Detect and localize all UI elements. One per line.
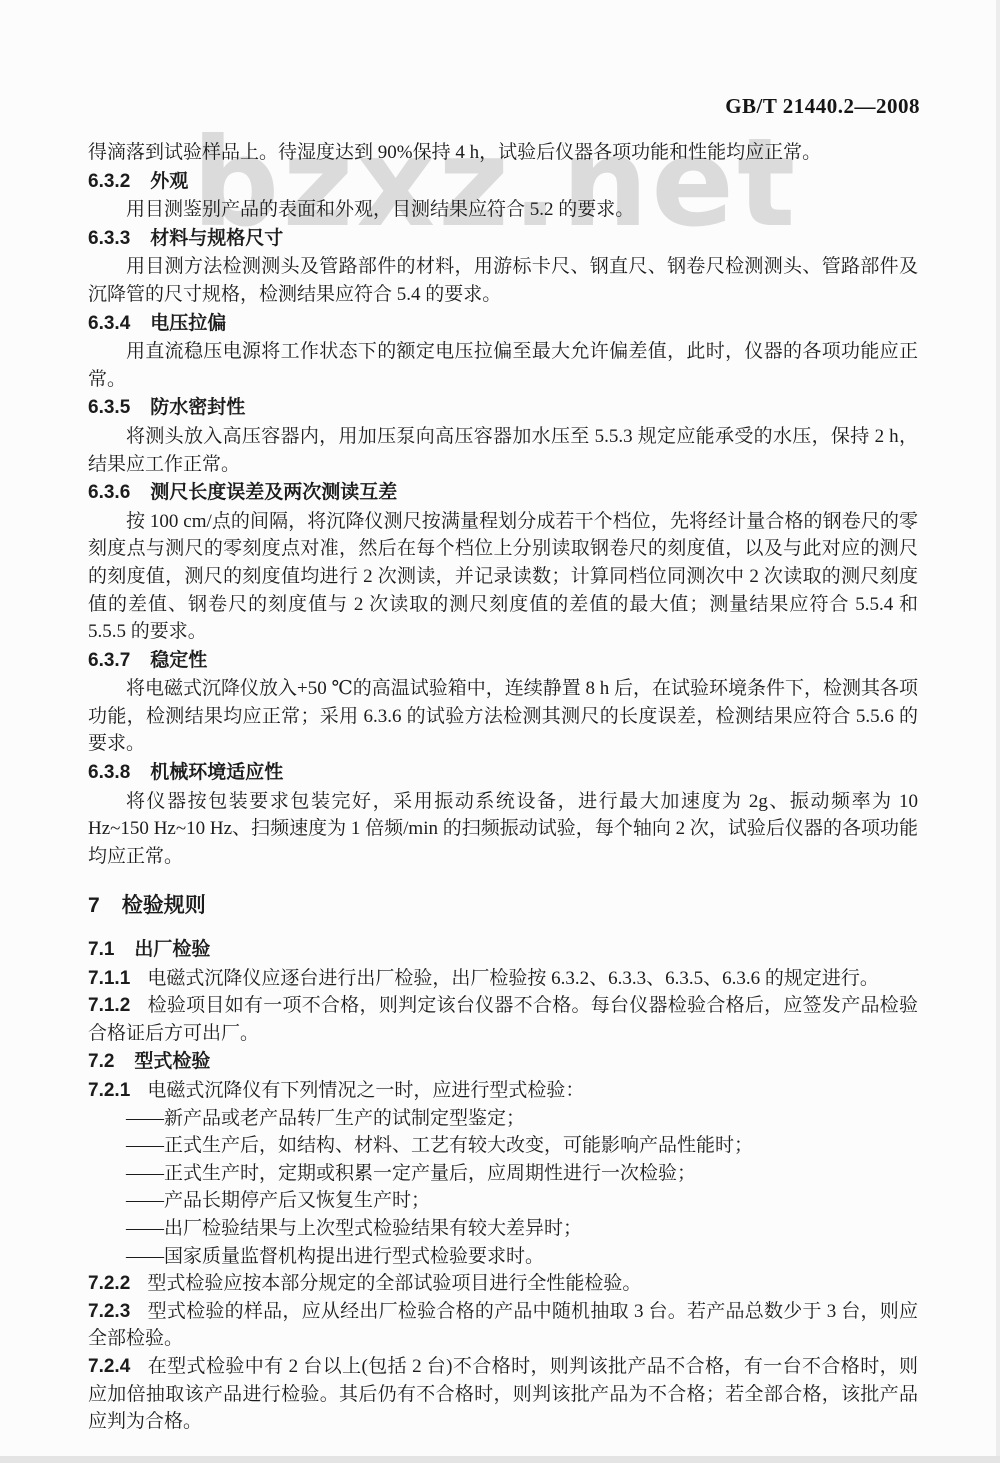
clause-number: 7.2.4 bbox=[88, 1356, 130, 1377]
clause-heading: 6.3.5防水密封性 bbox=[88, 394, 918, 422]
paragraph: 将测头放入高压容器内，用加压泵向高压容器加水压至 5.5.3 规定应能承受的水压… bbox=[88, 423, 918, 478]
clause-number: 6.3.6 bbox=[88, 482, 130, 503]
clause-title: 电压拉偏 bbox=[150, 313, 226, 334]
clause-title: 出厂检验 bbox=[134, 939, 210, 960]
clause-title: 机械环境适应性 bbox=[150, 762, 283, 783]
clause-title: 防水密封性 bbox=[150, 397, 245, 418]
list-item: ——国家质量监督机构提出进行型式检验要求时。 bbox=[88, 1243, 918, 1271]
clause-number: 7.2.3 bbox=[88, 1301, 130, 1322]
paragraph: 用目测鉴别产品的表面和外观，目测结果应符合 5.2 的要求。 bbox=[88, 196, 918, 224]
list-item: ——新产品或老产品转厂生产的试制定型鉴定； bbox=[88, 1105, 918, 1133]
list-item: ——正式生产时，定期或积累一定产量后，应周期性进行一次检验； bbox=[88, 1160, 918, 1188]
paragraph: 用直流稳压电源将工作状态下的额定电压拉偏至最大允许偏差值，此时，仪器的各项功能应… bbox=[88, 338, 918, 393]
clause-text: 检验项目如有一项不合格，则判定该台仪器不合格。每台仪器检验合格后，应签发产品检验… bbox=[88, 995, 918, 1044]
list-item: ——正式生产后，如结构、材料、工艺有较大改变，可能影响产品性能时； bbox=[88, 1132, 918, 1160]
clause-heading: 6.3.2外观 bbox=[88, 168, 918, 196]
document-page: bzxz.net GB/T 21440.2—2008 得滴落到试验样品上。待湿度… bbox=[0, 0, 1000, 1463]
clause-title: 稳定性 bbox=[150, 650, 207, 671]
paragraph: 得滴落到试验样品上。待湿度达到 90%保持 4 h，试验后仪器各项功能和性能均应… bbox=[88, 139, 918, 167]
clause-text: 在型式检验中有 2 台以上(包括 2 台)不合格时，则判该批产品不合格，有一台不… bbox=[88, 1356, 918, 1432]
clause-number: 7.1 bbox=[88, 939, 114, 960]
clause-number: 6.3.7 bbox=[88, 650, 130, 671]
clause-heading: 6.3.3材料与规格尺寸 bbox=[88, 225, 918, 253]
clause-text: 电磁式沉降仪有下列情况之一时，应进行型式检验： bbox=[147, 1080, 584, 1101]
clause-title: 型式检验 bbox=[134, 1051, 210, 1072]
clause-paragraph: 7.2.2型式检验应按本部分规定的全部试验项目进行全性能检验。 bbox=[88, 1270, 918, 1298]
clause-number: 6.3.3 bbox=[88, 228, 130, 249]
clause-text: 电磁式沉降仪应逐台进行出厂检验，出厂检验按 6.3.2、6.3.3、6.3.5、… bbox=[147, 968, 879, 989]
clause-title: 测尺长度误差及两次测读互差 bbox=[150, 482, 397, 503]
clause-paragraph: 7.2.1电磁式沉降仪有下列情况之一时，应进行型式检验： bbox=[88, 1077, 918, 1105]
clause-paragraph: 7.1.1电磁式沉降仪应逐台进行出厂检验，出厂检验按 6.3.2、6.3.3、6… bbox=[88, 965, 918, 993]
clause-heading: 6.3.4电压拉偏 bbox=[88, 310, 918, 338]
page-edge-right bbox=[996, 0, 1000, 1463]
standard-code: GB/T 21440.2—2008 bbox=[725, 94, 920, 119]
clause-heading: 7.2型式检验 bbox=[88, 1048, 918, 1076]
clause-text: 型式检验应按本部分规定的全部试验项目进行全性能检验。 bbox=[147, 1273, 641, 1294]
paragraph: 按 100 cm/点的间隔，将沉降仪测尺按满量程划分成若干个档位，先将经计量合格… bbox=[88, 508, 918, 646]
paragraph: 将电磁式沉降仪放入+50 ℃的高温试验箱中，连续静置 8 h 后，在试验环境条件… bbox=[88, 675, 918, 758]
clause-title: 检验规则 bbox=[122, 894, 206, 917]
clause-number: 7.2.1 bbox=[88, 1080, 130, 1101]
clause-number: 6.3.4 bbox=[88, 313, 130, 334]
paragraph: 将仪器按包装要求包装完好，采用振动系统设备，进行最大加速度为 2g、振动频率为 … bbox=[88, 788, 918, 871]
clause-text: 型式检验的样品，应从经出厂检验合格的产品中随机抽取 3 台。若产品总数少于 3 … bbox=[88, 1301, 918, 1350]
list-item: ——出厂检验结果与上次型式检验结果有较大差异时； bbox=[88, 1215, 918, 1243]
clause-heading: 6.3.8机械环境适应性 bbox=[88, 759, 918, 787]
clause-number: 7 bbox=[88, 894, 100, 917]
clause-heading: 6.3.7稳定性 bbox=[88, 647, 918, 675]
clause-paragraph: 7.1.2检验项目如有一项不合格，则判定该台仪器不合格。每台仪器检验合格后，应签… bbox=[88, 992, 918, 1047]
clause-number: 7.1.1 bbox=[88, 968, 130, 989]
clause-title: 外观 bbox=[150, 171, 188, 192]
clause-number: 7.2 bbox=[88, 1051, 114, 1072]
clause-paragraph: 7.2.4在型式检验中有 2 台以上(包括 2 台)不合格时，则判该批产品不合格… bbox=[88, 1353, 918, 1436]
clause-number: 6.3.5 bbox=[88, 397, 130, 418]
clause-number: 7.2.2 bbox=[88, 1273, 130, 1294]
clause-number: 6.3.8 bbox=[88, 762, 130, 783]
document-body: 得滴落到试验样品上。待湿度达到 90%保持 4 h，试验后仪器各项功能和性能均应… bbox=[88, 139, 918, 1436]
paragraph: 用目测方法检测测头及管路部件的材料，用游标卡尺、钢直尺、钢卷尺检测测头、管路部件… bbox=[88, 253, 918, 308]
list-item: ——产品长期停产后又恢复生产时； bbox=[88, 1187, 918, 1215]
clause-paragraph: 7.2.3型式检验的样品，应从经出厂检验合格的产品中随机抽取 3 台。若产品总数… bbox=[88, 1298, 918, 1353]
clause-number: 6.3.2 bbox=[88, 171, 130, 192]
clause-heading: 6.3.6测尺长度误差及两次测读互差 bbox=[88, 479, 918, 507]
clause-number: 7.1.2 bbox=[88, 995, 130, 1016]
clause-title: 材料与规格尺寸 bbox=[150, 228, 283, 249]
clause-heading: 7.1出厂检验 bbox=[88, 936, 918, 964]
page-edge-bottom bbox=[0, 1456, 1000, 1463]
chapter-heading: 7检验规则 bbox=[88, 892, 918, 920]
